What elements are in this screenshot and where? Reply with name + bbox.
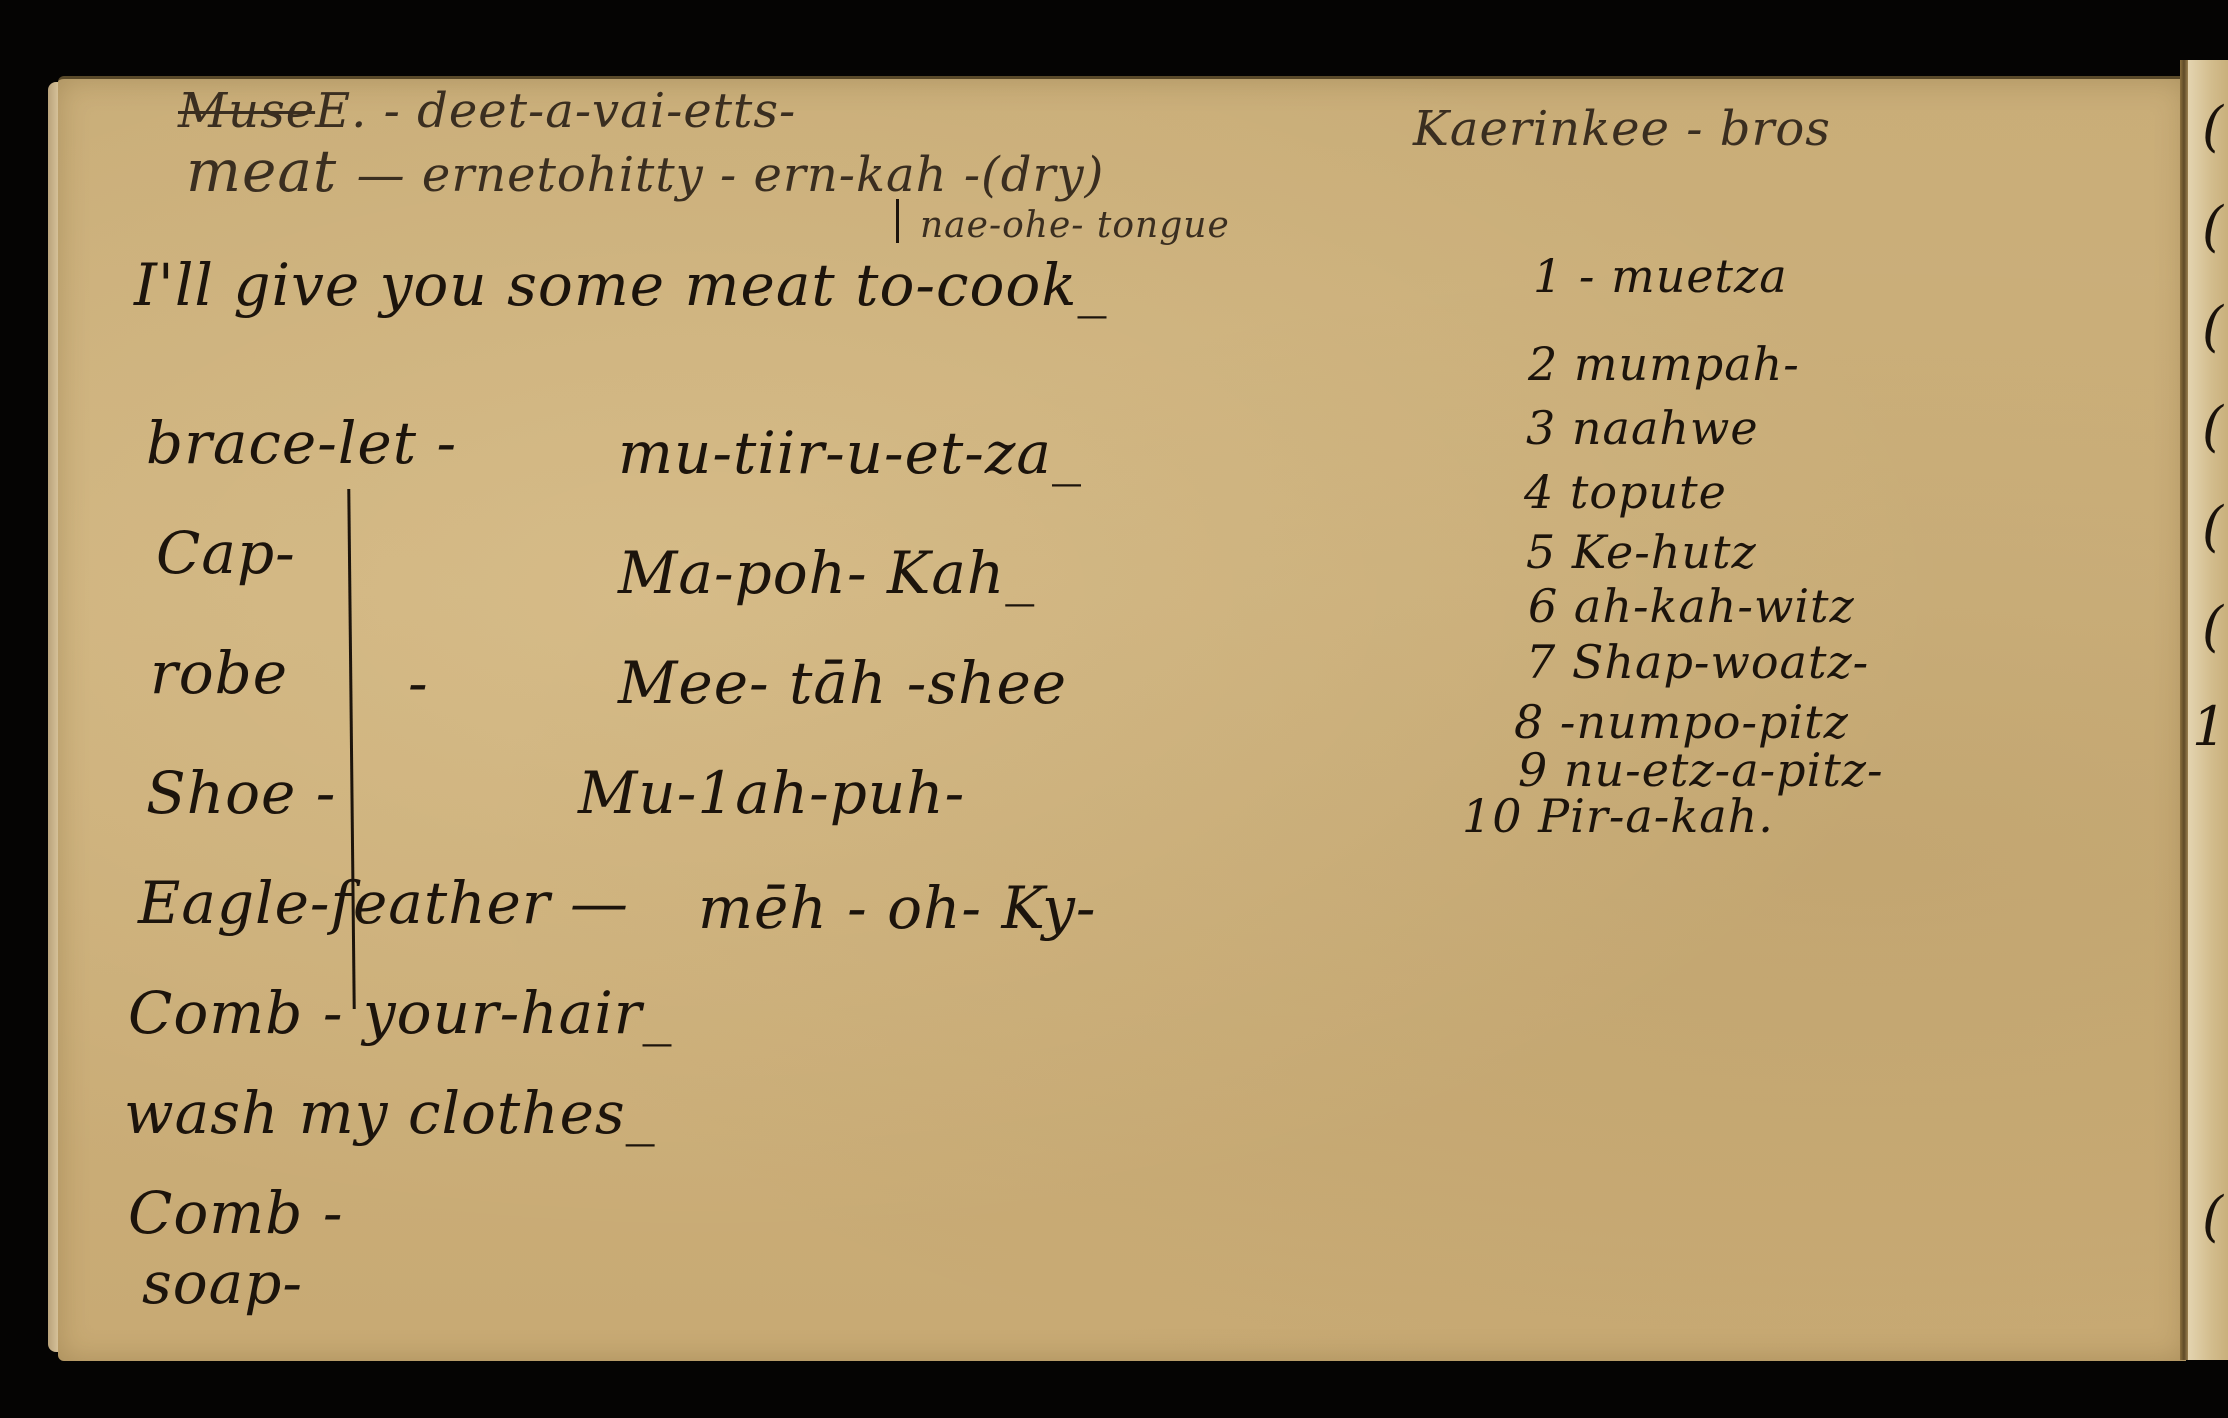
number-digit: 2 (1528, 337, 1558, 391)
number-row-8: 8 -numpo-pitz (1514, 695, 1849, 749)
number-word: topute (1570, 465, 1727, 519)
vocab-native-cap: Ma-poh- Kah_ (618, 539, 1035, 607)
number-digit: 1 (1533, 249, 1563, 303)
number-row-10: 10 Pir-a-kah. (1462, 789, 1774, 843)
number-word: Shap-woatz- (1572, 635, 1869, 689)
next-page-mark: ( (2202, 1190, 2223, 1244)
vocab-dash-robe: - (408, 649, 429, 717)
number-row-3: 3 naahwe (1526, 401, 1759, 455)
next-page-mark: ( (2202, 400, 2223, 454)
vocab-native-eagle-feather: mēh - oh- Ky- (698, 874, 1096, 942)
next-page-mark: ( (2202, 100, 2223, 154)
struck-word: Muse (178, 83, 315, 139)
number-word: ah-kah-witz (1574, 579, 1855, 633)
entry-native: — ernetohitty - ern-kah -(dry) (357, 147, 1105, 203)
number-row-1: 1 - muetza (1533, 249, 1788, 303)
vocab-english: brace-let - (146, 409, 457, 477)
next-page-mark: ( (2202, 600, 2223, 654)
tongue-annotation: nae-ohe- tongue (920, 205, 1230, 246)
header-note: Kaerinkee - bros (1413, 101, 1831, 157)
entry-meat: meat — ernetohitty - ern-kah -(dry) (186, 137, 1104, 205)
vocab-row-bracelet: brace-let - (146, 409, 457, 477)
entry-struck: MuseE. - deet-a-vai-etts- (178, 83, 796, 139)
phrase-soap: soap- (142, 1249, 303, 1317)
number-word: naahwe (1572, 401, 1759, 455)
phrase-comb-hair: Comb - your-hair_ (128, 979, 672, 1047)
book-gutter (2180, 60, 2188, 1360)
phrase-wash-clothes: wash my clothes_ (124, 1079, 656, 1147)
vocab-native-bracelet: mu-tiir-u-et-za_ (618, 419, 1082, 487)
number-digit: 4 (1524, 465, 1554, 519)
number-word: Pir-a-kah. (1538, 789, 1774, 843)
number-word: - muetza (1579, 249, 1788, 303)
next-page-mark: ( (2202, 300, 2223, 354)
number-row-4: 4 topute (1524, 465, 1727, 519)
next-page-mark: ( (2202, 500, 2223, 554)
number-digit: 3 (1526, 401, 1556, 455)
struck-suffix: E. (315, 83, 367, 139)
entry-native: - deet-a-vai-etts- (384, 83, 797, 139)
number-word: Ke-hutz (1572, 525, 1757, 579)
number-digit: 5 (1526, 525, 1556, 579)
number-row-2: 2 mumpah- (1528, 337, 1800, 391)
next-page-edge: ( ( ( ( ( ( 1( ( (2188, 60, 2228, 1360)
number-row-7: 7 Shap-woatz- (1526, 635, 1869, 689)
phrase-comb: Comb - (128, 1179, 343, 1247)
number-row-6: 6 ah-kah-witz (1528, 579, 1855, 633)
number-word: mumpah- (1574, 337, 1800, 391)
vocab-english-eagle-feather: Eagle-feather — (138, 869, 629, 937)
number-word: -numpo-pitz (1560, 695, 1849, 749)
vocab-english-robe: robe (150, 639, 288, 707)
vocab-english-shoe: Shoe - (146, 759, 336, 827)
sentence-line: I'll give you some meat to-cook_ (134, 251, 1107, 319)
notebook-page: Kaerinkee - bros MuseE. - deet-a-vai-ett… (58, 76, 2186, 1361)
vocab-english-cap: Cap- (156, 519, 296, 587)
vocab-native-shoe: Mu-1ah-puh- (578, 759, 965, 827)
number-row-5: 5 Ke-hutz (1526, 525, 1757, 579)
next-page-mark: 1( (2192, 700, 2228, 754)
vocab-native-robe: Mee- tāh -shee (618, 649, 1067, 717)
entry-english: meat (186, 137, 337, 205)
number-digit: 10 (1462, 789, 1523, 843)
next-page-mark: ( (2202, 200, 2223, 254)
number-digit: 8 (1514, 695, 1544, 749)
number-digit: 7 (1526, 635, 1556, 689)
bracket-mark (896, 199, 899, 243)
notebook-scan: Kaerinkee - bros MuseE. - deet-a-vai-ett… (0, 0, 2228, 1418)
number-digit: 6 (1528, 579, 1558, 633)
